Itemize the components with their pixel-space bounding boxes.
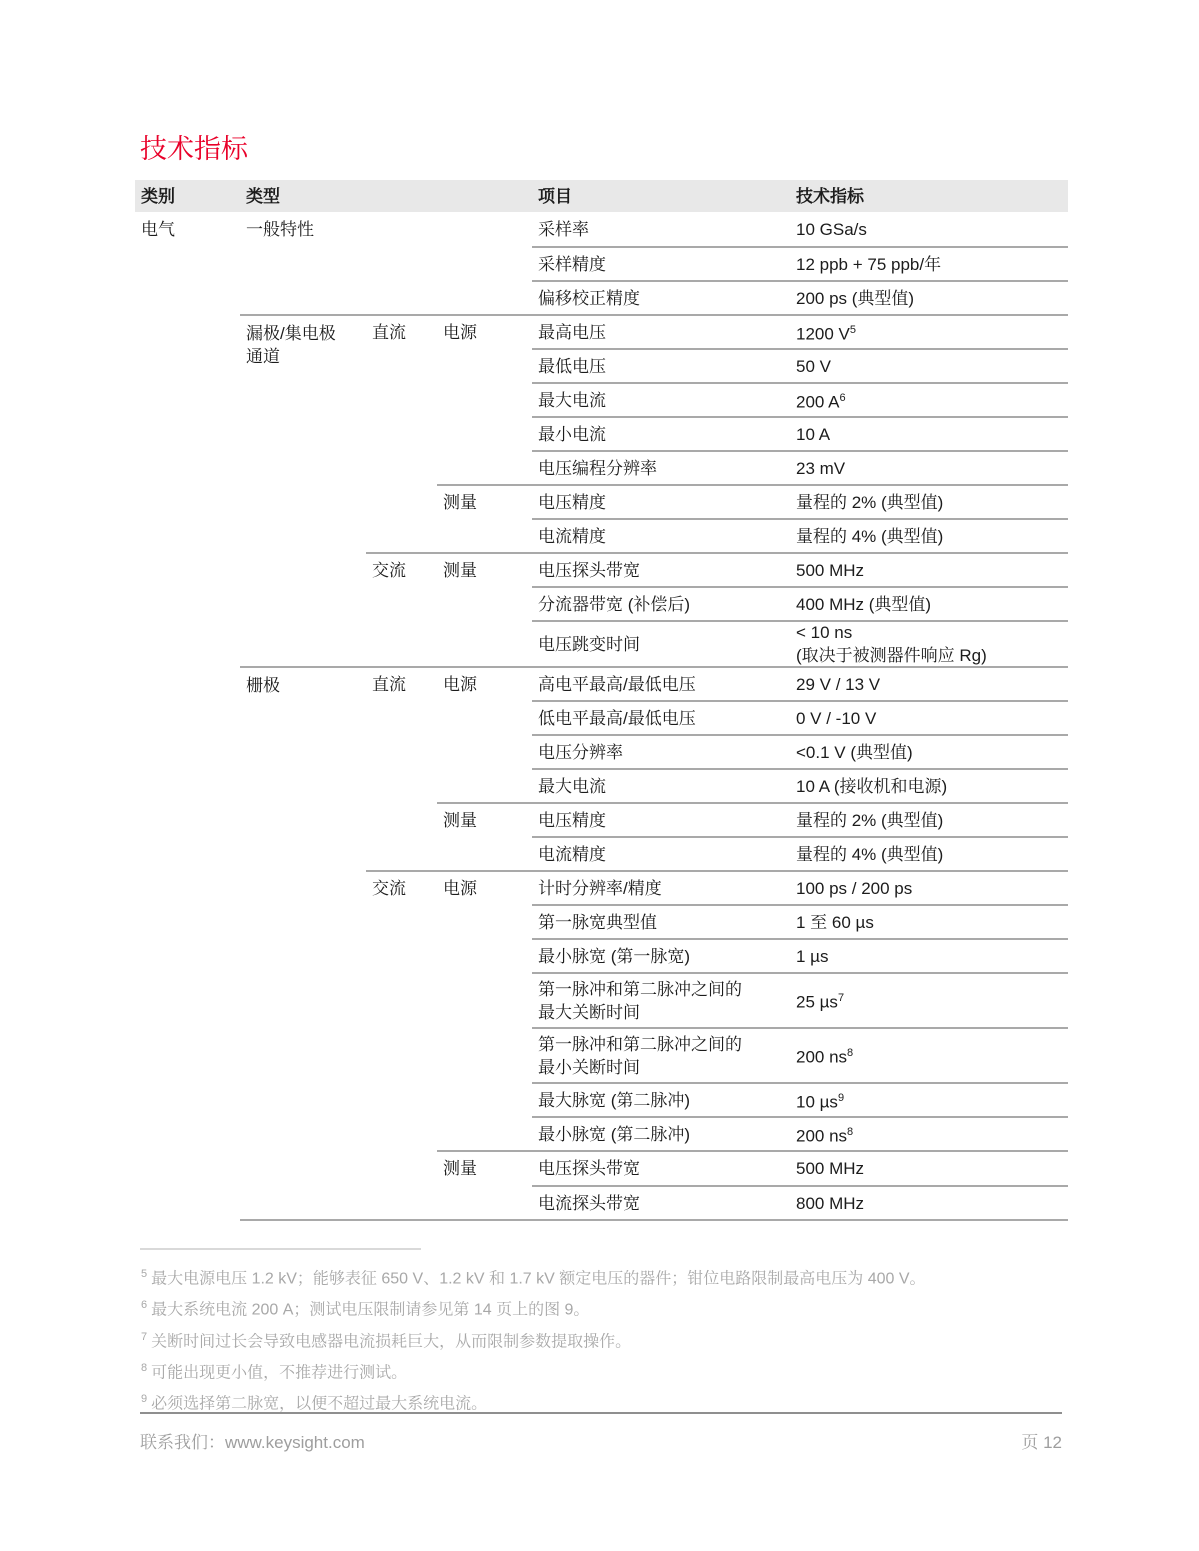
cell-acdc	[366, 836, 437, 870]
cell-value: 29 V / 13 V	[790, 666, 1068, 700]
spec-value: 12 ppb + 75 ppb/年	[796, 255, 941, 274]
cell-acdc	[366, 586, 437, 620]
table-row: 电流精度量程的 4% (典型值)	[135, 836, 1068, 870]
cell-item: 第一脉冲和第二脉冲之间的 最小关断时间	[532, 1027, 790, 1082]
cell-item: 偏移校正精度	[532, 280, 790, 314]
table-row: 交流电源计时分辨率/精度100 ps / 200 ps	[135, 870, 1068, 904]
cell-sub	[437, 972, 532, 1027]
spec-value: 量程的 4% (典型值)	[796, 845, 943, 864]
table-row: 最大电流10 A (接收机和电源)	[135, 768, 1068, 802]
cell-item: 高电平最高/最低电压	[532, 666, 790, 700]
spec-value: 200 ns	[796, 1126, 847, 1145]
cell-cat	[135, 348, 240, 382]
table-row: 测量电压精度量程的 2% (典型值)	[135, 802, 1068, 836]
cell-cat	[135, 280, 240, 314]
spec-value: 800 MHz	[796, 1194, 864, 1213]
cell-item: 电压探头带宽	[532, 1150, 790, 1185]
cell-item: 电压探头带宽	[532, 552, 790, 586]
table-row: 电流探头带宽800 MHz	[135, 1185, 1068, 1219]
cell-type	[240, 586, 366, 620]
spec-value: 25 µs	[796, 993, 838, 1012]
footnote-text: 可能出现更小值，不推荐进行测试。	[151, 1364, 407, 1381]
cell-type	[240, 768, 366, 802]
cell-item: 分流器带宽 (补偿后)	[532, 586, 790, 620]
spec-value: 200 ps (典型值)	[796, 289, 914, 308]
table-row: 电压编程分辨率23 mV	[135, 450, 1068, 484]
spec-value: 10 GSa/s	[796, 220, 867, 239]
cell-sub	[437, 734, 532, 768]
header-spacer-sub	[437, 180, 532, 212]
footnote: 7关断时间过长会导致电感器电流损耗巨大，从而限制参数提取操作。	[141, 1324, 1071, 1355]
cell-type	[240, 382, 366, 416]
cell-type	[240, 734, 366, 768]
header-item: 项目	[532, 180, 790, 212]
cell-acdc	[366, 518, 437, 552]
footnote-mark: 8	[141, 1362, 147, 1374]
spec-value: 量程的 2% (典型值)	[796, 811, 943, 830]
cell-sub	[437, 620, 532, 666]
cell-item: 电流精度	[532, 836, 790, 870]
cell-type	[240, 836, 366, 870]
cell-sub	[437, 518, 532, 552]
cell-item: 第一脉冲和第二脉冲之间的 最大关断时间	[532, 972, 790, 1027]
cell-value: 200 A6	[790, 382, 1068, 416]
table-row: 漏极/集电极 通道直流电源最高电压1200 V5	[135, 314, 1068, 348]
cell-item: 最大脉宽 (第二脉冲)	[532, 1082, 790, 1116]
cell-item: 最小脉宽 (第一脉宽)	[532, 938, 790, 972]
table-row: 分流器带宽 (补偿后)400 MHz (典型值)	[135, 586, 1068, 620]
cell-cat	[135, 802, 240, 836]
cell-sub: 电源	[437, 870, 532, 904]
table-row: 电流精度量程的 4% (典型值)	[135, 518, 1068, 552]
spec-value: 400 MHz (典型值)	[796, 595, 931, 614]
cell-item: 电压跳变时间	[532, 620, 790, 666]
cell-value: 500 MHz	[790, 552, 1068, 586]
footnote-mark: 6	[141, 1299, 147, 1311]
cell-sub: 测量	[437, 1150, 532, 1185]
cell-sub	[437, 246, 532, 280]
cell-acdc	[366, 802, 437, 836]
cell-cat	[135, 938, 240, 972]
table-header-row: 类别 类型 项目 技术指标	[135, 180, 1068, 212]
footnote-ref: 7	[838, 992, 844, 1004]
spec-value: 500 MHz	[796, 1159, 864, 1178]
footnote-mark: 9	[141, 1393, 147, 1405]
footnote-text: 关断时间过长会导致电感器电流损耗巨大，从而限制参数提取操作。	[151, 1333, 631, 1350]
footnote-text: 最大系统电流 200 A；测试电压限制请参见第 14 页上的图 9。	[151, 1302, 589, 1319]
footnote: 8可能出现更小值，不推荐进行测试。	[141, 1355, 1071, 1386]
table-row: 采样精度12 ppb + 75 ppb/年	[135, 246, 1068, 280]
cell-sub	[437, 1027, 532, 1082]
table-row: 电压跳变时间< 10 ns (取决于被测器件响应 Rg)	[135, 620, 1068, 666]
footnote-mark: 7	[141, 1331, 147, 1343]
table-row: 交流测量电压探头带宽500 MHz	[135, 552, 1068, 586]
cell-value: 0 V / -10 V	[790, 700, 1068, 734]
cell-type	[240, 802, 366, 836]
cell-value: 10 A	[790, 416, 1068, 450]
spec-value: 10 A	[796, 425, 830, 444]
cell-value: 10 A (接收机和电源)	[790, 768, 1068, 802]
cell-cat	[135, 314, 240, 348]
cell-type	[240, 620, 366, 666]
footnote-separator	[140, 1248, 421, 1250]
contact-label: 联系我们：	[140, 1433, 225, 1452]
contact-text: 联系我们：www.keysight.com	[140, 1428, 365, 1453]
header-type: 类型	[240, 180, 366, 212]
cell-sub	[437, 382, 532, 416]
spec-value: 量程的 4% (典型值)	[796, 527, 943, 546]
cell-item: 采样精度	[532, 246, 790, 280]
cell-cat	[135, 450, 240, 484]
table-row: 偏移校正精度200 ps (典型值)	[135, 280, 1068, 314]
cell-acdc	[366, 1185, 437, 1219]
spec-value: 100 ps / 200 ps	[796, 879, 912, 898]
contact-url-link[interactable]: www.keysight.com	[225, 1433, 365, 1452]
spec-value: 200 ns	[796, 1048, 847, 1067]
cell-cat	[135, 1185, 240, 1219]
cell-cat	[135, 416, 240, 450]
table-row: 第一脉冲和第二脉冲之间的 最小关断时间200 ns8	[135, 1027, 1068, 1082]
cell-acdc	[366, 1116, 437, 1150]
spec-value: 量程的 2% (典型值)	[796, 493, 943, 512]
table-row: 最小电流10 A	[135, 416, 1068, 450]
table-bottom-rule	[240, 1219, 1068, 1221]
footnote-mark: 5	[141, 1268, 147, 1280]
page-number: 页 12	[1021, 1428, 1062, 1453]
table-row: 电压分辨率<0.1 V (典型值)	[135, 734, 1068, 768]
cell-cat	[135, 552, 240, 586]
cell-acdc: 直流	[366, 314, 437, 348]
cell-type	[240, 518, 366, 552]
cell-acdc: 交流	[366, 870, 437, 904]
cell-cat	[135, 734, 240, 768]
cell-sub	[437, 450, 532, 484]
cell-value: 50 V	[790, 348, 1068, 382]
header-category: 类别	[135, 180, 240, 212]
cell-value: 10 GSa/s	[790, 212, 1068, 246]
cell-cat	[135, 1116, 240, 1150]
cell-sub	[437, 280, 532, 314]
cell-sub: 测量	[437, 484, 532, 518]
cell-cat	[135, 1150, 240, 1185]
cell-acdc	[366, 416, 437, 450]
cell-cat: 电气	[135, 212, 240, 246]
cell-acdc	[366, 246, 437, 280]
spec-value: 23 mV	[796, 459, 845, 478]
cell-value: 10 µs9	[790, 1082, 1068, 1116]
cell-type	[240, 904, 366, 938]
cell-value: 200 ns8	[790, 1027, 1068, 1082]
cell-sub	[437, 586, 532, 620]
cell-cat	[135, 586, 240, 620]
cell-type	[240, 972, 366, 1027]
cell-cat	[135, 972, 240, 1027]
cell-cat	[135, 700, 240, 734]
spec-value: < 10 ns (取决于被测器件响应 Rg)	[796, 623, 987, 665]
cell-sub	[437, 700, 532, 734]
spec-value: 1 µs	[796, 947, 828, 966]
cell-item: 第一脉宽典型值	[532, 904, 790, 938]
spec-value: 500 MHz	[796, 561, 864, 580]
footnotes: 5最大电源电压 1.2 kV；能够表征 650 V、1.2 kV 和 1.7 k…	[141, 1261, 1071, 1418]
table-row: 最小脉宽 (第二脉冲)200 ns8	[135, 1116, 1068, 1150]
cell-item: 电压精度	[532, 484, 790, 518]
cell-acdc	[366, 938, 437, 972]
cell-acdc	[366, 1082, 437, 1116]
cell-type	[240, 280, 366, 314]
cell-cat	[135, 666, 240, 700]
cell-value: 1200 V5	[790, 314, 1068, 348]
cell-sub	[437, 1116, 532, 1150]
cell-cat	[135, 484, 240, 518]
cell-acdc	[366, 620, 437, 666]
cell-type	[240, 1116, 366, 1150]
table-row: 低电平最高/最低电压0 V / -10 V	[135, 700, 1068, 734]
cell-value: 23 mV	[790, 450, 1068, 484]
cell-acdc	[366, 734, 437, 768]
footnote-ref: 6	[840, 392, 846, 404]
cell-value: 400 MHz (典型值)	[790, 586, 1068, 620]
cell-item: 电流精度	[532, 518, 790, 552]
footnote-text: 最大电源电压 1.2 kV；能够表征 650 V、1.2 kV 和 1.7 kV…	[151, 1270, 925, 1287]
cell-type	[240, 552, 366, 586]
header-spacer-acdc	[366, 180, 437, 212]
cell-cat	[135, 620, 240, 666]
footnote-ref: 5	[850, 324, 856, 336]
cell-acdc	[366, 212, 437, 246]
spec-value: 1200 V	[796, 324, 850, 343]
cell-cat	[135, 246, 240, 280]
cell-acdc	[366, 972, 437, 1027]
cell-value: 量程的 2% (典型值)	[790, 484, 1068, 518]
cell-value: < 10 ns (取决于被测器件响应 Rg)	[790, 620, 1068, 666]
cell-acdc	[366, 382, 437, 416]
cell-sub	[437, 768, 532, 802]
cell-type	[240, 938, 366, 972]
cell-sub	[437, 836, 532, 870]
table-row: 栅极直流电源高电平最高/最低电压29 V / 13 V	[135, 666, 1068, 700]
cell-value: <0.1 V (典型值)	[790, 734, 1068, 768]
cell-acdc	[366, 348, 437, 382]
cell-sub: 电源	[437, 314, 532, 348]
cell-acdc	[366, 904, 437, 938]
cell-item: 电流探头带宽	[532, 1185, 790, 1219]
cell-item: 最小电流	[532, 416, 790, 450]
cell-item: 低电平最高/最低电压	[532, 700, 790, 734]
cell-value: 量程的 4% (典型值)	[790, 518, 1068, 552]
header-spec: 技术指标	[790, 180, 1068, 212]
table-row: 最大脉宽 (第二脉冲)10 µs9	[135, 1082, 1068, 1116]
cell-value: 量程的 2% (典型值)	[790, 802, 1068, 836]
cell-sub	[437, 416, 532, 450]
document-page: 技术指标 类别 类型 项目 技术指标 电气一般特性采样率10 GSa/s采样精度…	[0, 0, 1199, 1551]
cell-item: 最高电压	[532, 314, 790, 348]
table-row: 第一脉冲和第二脉冲之间的 最大关断时间25 µs7	[135, 972, 1068, 1027]
footnote-ref: 8	[847, 1047, 853, 1059]
cell-type: 一般特性	[240, 212, 366, 246]
cell-value: 200 ps (典型值)	[790, 280, 1068, 314]
cell-acdc	[366, 1027, 437, 1082]
spec-value: 10 µs	[796, 1092, 838, 1111]
cell-acdc	[366, 700, 437, 734]
cell-type	[240, 348, 366, 382]
cell-type	[240, 484, 366, 518]
spec-value: <0.1 V (典型值)	[796, 743, 913, 762]
cell-item: 电压精度	[532, 802, 790, 836]
cell-value: 25 µs7	[790, 972, 1068, 1027]
cell-acdc: 交流	[366, 552, 437, 586]
cell-sub: 电源	[437, 666, 532, 700]
cell-sub	[437, 904, 532, 938]
cell-value: 12 ppb + 75 ppb/年	[790, 246, 1068, 280]
cell-sub: 测量	[437, 802, 532, 836]
cell-sub	[437, 1185, 532, 1219]
spec-value: 1 至 60 µs	[796, 913, 874, 932]
cell-type	[240, 416, 366, 450]
cell-type	[240, 1185, 366, 1219]
page-title: 技术指标	[140, 127, 248, 166]
cell-cat	[135, 836, 240, 870]
footnote-text: 必须选择第二脉宽，以便不超过最大系统电流。	[151, 1396, 487, 1413]
cell-value: 量程的 4% (典型值)	[790, 836, 1068, 870]
footnote-ref: 9	[838, 1092, 844, 1104]
cell-cat	[135, 382, 240, 416]
cell-type	[240, 1150, 366, 1185]
cell-item: 电压编程分辨率	[532, 450, 790, 484]
cell-value: 800 MHz	[790, 1185, 1068, 1219]
spec-value: 29 V / 13 V	[796, 675, 880, 694]
table-row: 最大电流200 A6	[135, 382, 1068, 416]
page-footer: 联系我们：www.keysight.com 页 12	[140, 1428, 1062, 1453]
table-row: 最小脉宽 (第一脉宽)1 µs	[135, 938, 1068, 972]
cell-acdc	[366, 450, 437, 484]
table-row: 电气一般特性采样率10 GSa/s	[135, 212, 1068, 246]
cell-cat	[135, 904, 240, 938]
cell-type	[240, 870, 366, 904]
cell-acdc	[366, 1150, 437, 1185]
spec-value: 50 V	[796, 357, 831, 376]
cell-cat	[135, 1082, 240, 1116]
cell-item: 最大电流	[532, 382, 790, 416]
cell-value: 100 ps / 200 ps	[790, 870, 1068, 904]
cell-item: 电压分辨率	[532, 734, 790, 768]
cell-item: 最大电流	[532, 768, 790, 802]
cell-type	[240, 246, 366, 280]
footnote: 6最大系统电流 200 A；测试电压限制请参见第 14 页上的图 9。	[141, 1292, 1071, 1323]
cell-type	[240, 450, 366, 484]
footnote-ref: 8	[847, 1126, 853, 1138]
table-row: 最低电压50 V	[135, 348, 1068, 382]
cell-item: 计时分辨率/精度	[532, 870, 790, 904]
cell-sub: 测量	[437, 552, 532, 586]
cell-value: 1 至 60 µs	[790, 904, 1068, 938]
cell-acdc	[366, 768, 437, 802]
cell-acdc: 直流	[366, 666, 437, 700]
cell-type	[240, 1027, 366, 1082]
cell-sub	[437, 1082, 532, 1116]
spec-table-body: 电气一般特性采样率10 GSa/s采样精度12 ppb + 75 ppb/年偏移…	[135, 212, 1068, 1219]
cell-item: 最小脉宽 (第二脉冲)	[532, 1116, 790, 1150]
cell-type: 栅极	[240, 666, 366, 700]
cell-type: 漏极/集电极 通道	[240, 314, 366, 348]
cell-sub	[437, 212, 532, 246]
cell-cat	[135, 768, 240, 802]
cell-sub	[437, 348, 532, 382]
footnote: 5最大电源电压 1.2 kV；能够表征 650 V、1.2 kV 和 1.7 k…	[141, 1261, 1071, 1292]
cell-value: 1 µs	[790, 938, 1068, 972]
cell-cat	[135, 870, 240, 904]
cell-type	[240, 700, 366, 734]
cell-sub	[437, 938, 532, 972]
cell-acdc	[366, 280, 437, 314]
cell-item: 采样率	[532, 212, 790, 246]
table-row: 测量电压探头带宽500 MHz	[135, 1150, 1068, 1185]
cell-type	[240, 1082, 366, 1116]
table-row: 测量电压精度量程的 2% (典型值)	[135, 484, 1068, 518]
spec-table: 类别 类型 项目 技术指标 电气一般特性采样率10 GSa/s采样精度12 pp…	[135, 180, 1068, 1221]
footer-rule	[140, 1412, 1062, 1414]
cell-cat	[135, 1027, 240, 1082]
spec-value: 10 A (接收机和电源)	[796, 777, 947, 796]
spec-value: 200 A	[796, 392, 840, 411]
cell-item: 最低电压	[532, 348, 790, 382]
table-row: 第一脉宽典型值1 至 60 µs	[135, 904, 1068, 938]
cell-acdc	[366, 484, 437, 518]
spec-value: 0 V / -10 V	[796, 709, 876, 728]
cell-value: 200 ns8	[790, 1116, 1068, 1150]
cell-cat	[135, 518, 240, 552]
cell-value: 500 MHz	[790, 1150, 1068, 1185]
